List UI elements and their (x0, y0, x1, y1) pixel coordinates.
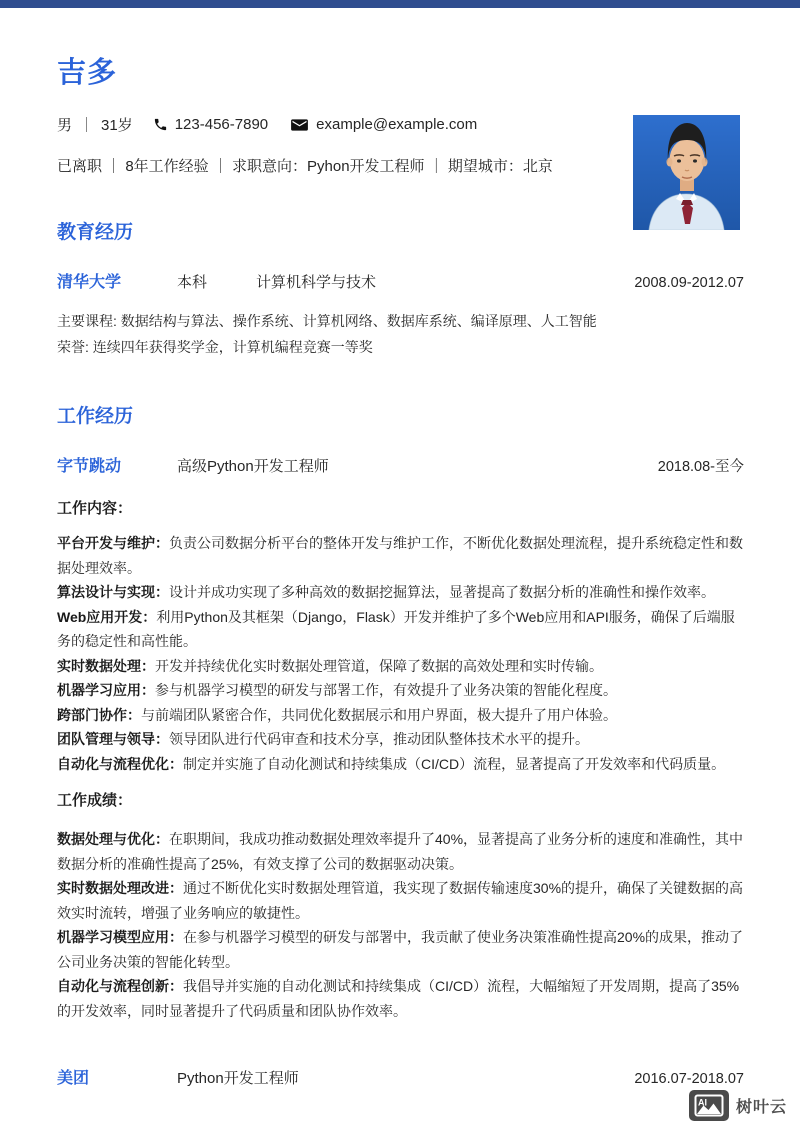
work-content-item: 实时数据处理：开发并持续优化实时数据处理管道，保障了数据的高效处理和实时传输。 (57, 654, 744, 679)
work-achievement-item: 实时数据处理改进：通过不断优化实时数据处理管道，我实现了数据传输速度30%的提升… (57, 876, 744, 925)
work-achievement-item: 数据处理与优化：在职期间，我成功推动数据处理效率提升了40%，显著提高了业务分析… (57, 827, 744, 876)
work-achievement-heading: 工作成绩： (57, 789, 744, 810)
age-label: 31岁 (101, 114, 133, 135)
degree-label: 本科 (177, 271, 256, 292)
company-name: 字节跳动 (57, 453, 177, 476)
education-courses: 主要课程: 数据结构与算法、操作系统、计算机网络、数据库系统、编译原理、人工智能 (57, 308, 744, 334)
company-name: 美团 (57, 1065, 177, 1088)
major-label: 计算机科学与技术 (256, 271, 634, 292)
gender-label: 男 (57, 114, 72, 135)
separator: ｜ (79, 114, 94, 135)
top-accent-bar (0, 0, 800, 8)
work-date: 2018.08-至今 (658, 455, 744, 476)
email-address: example@example.com (316, 116, 477, 133)
work-content-item: 自动化与流程优化：制定并实施了自动化测试和持续集成（CI/CD）流程，显著提高了… (57, 752, 744, 777)
education-details: 主要课程: 数据结构与算法、操作系统、计算机网络、数据库系统、编译原理、人工智能… (57, 308, 744, 360)
job-role: 高级Python开发工程师 (177, 455, 658, 476)
phone-number: 123-456-7890 (175, 116, 268, 133)
education-date: 2008.09-2012.07 (634, 275, 744, 291)
job-role: Python开发工程师 (177, 1067, 634, 1088)
work-content-item: 机器学习应用：参与机器学习模型的研发与部署工作，有效提升了业务决策的智能化程度。 (57, 678, 744, 703)
work-content-item: 团队管理与领导：领导团队进行代码审查和技术分享，推动团队整体技术水平的提升。 (57, 727, 744, 752)
work-content-list: 平台开发与维护：负责公司数据分析平台的整体开发与维护工作，不断优化数据处理流程，… (57, 531, 744, 776)
section-title-work: 工作经历 (57, 406, 744, 428)
watermark-brand: AI 树叶云 (689, 1090, 787, 1121)
work-date: 2016.07-2018.07 (634, 1071, 744, 1087)
brand-name: 树叶云 (736, 1094, 787, 1117)
email-icon (291, 118, 308, 132)
work-content-item: 平台开发与维护：负责公司数据分析平台的整体开发与维护工作，不断优化数据处理流程，… (57, 531, 744, 580)
phone-icon (153, 117, 168, 132)
work-content-item: 算法设计与实现：设计并成功实现了多种高效的数据挖掘算法，显著提高了数据分析的准确… (57, 580, 744, 605)
school-name: 清华大学 (57, 269, 177, 292)
work-achievement-item: 机器学习模型应用：在参与机器学习模型的研发与部署中，我贡献了使业务决策准确性提高… (57, 925, 744, 974)
work-content-item: 跨部门协作：与前端团队紧密合作，共同优化数据展示和用户界面，极大提升了用户体验。 (57, 703, 744, 728)
brand-logo-icon: AI (689, 1090, 729, 1121)
work-content-heading: 工作内容： (57, 497, 744, 518)
work-entry-bytedance: 字节跳动 高级Python开发工程师 2018.08-至今 (57, 453, 744, 476)
work-achievement-item: 自动化与流程创新：我倡导并实施的自动化测试和持续集成（CI/CD）流程，大幅缩短… (57, 974, 744, 1023)
resume-page: { "accent_color": "#2b63d9", "topbar_col… (0, 0, 800, 1132)
work-achievement-list: 数据处理与优化：在职期间，我成功推动数据处理效率提升了40%，显著提高了业务分析… (57, 827, 744, 1023)
svg-text:AI: AI (698, 1098, 707, 1108)
education-honors: 荣誉: 连续四年获得奖学金，计算机编程竞赛一等奖 (57, 334, 744, 360)
work-entry-meituan: 美团 Python开发工程师 2016.07-2018.07 (57, 1065, 744, 1088)
profile-photo (633, 115, 740, 230)
resume-content: 吉多 男 ｜ 31岁 123-456-7890 example@example.… (0, 57, 800, 1088)
education-entry: 清华大学 本科 计算机科学与技术 2008.09-2012.07 (57, 269, 744, 292)
candidate-name: 吉多 (57, 57, 744, 89)
work-content-item: Web应用开发：利用Python及其框架（Django，Flask）开发并维护了… (57, 605, 744, 654)
